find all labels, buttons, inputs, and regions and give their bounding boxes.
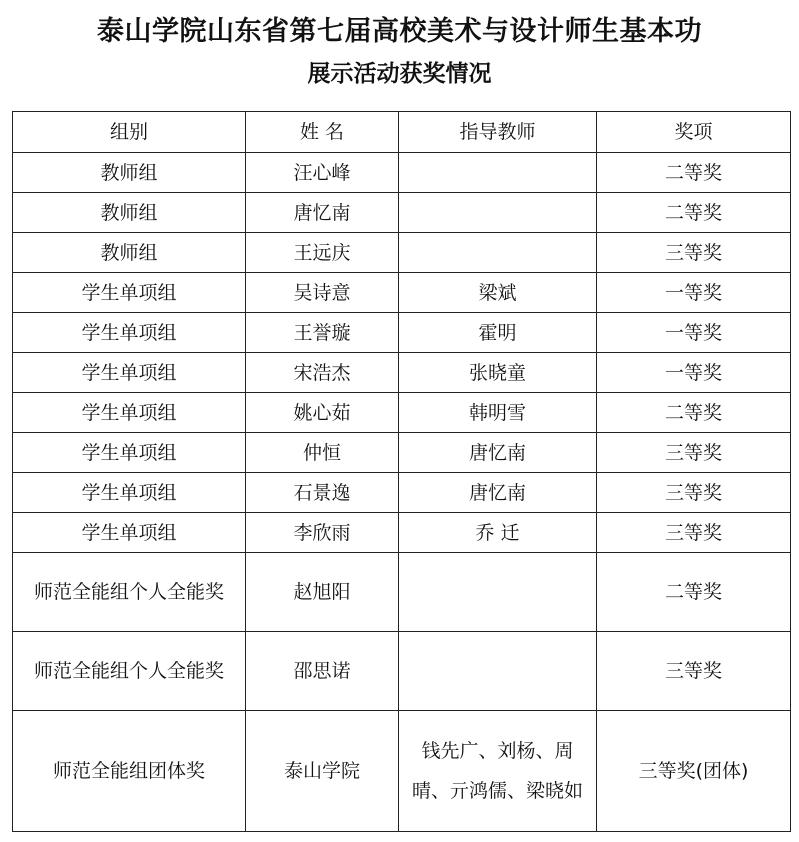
header-award: 奖项 [597, 112, 791, 153]
cell-group: 学生单项组 [13, 313, 246, 353]
cell-award: 三等奖 [597, 513, 791, 553]
document-subtitle: 展示活动获奖情况 [0, 58, 799, 90]
cell-group: 学生单项组 [13, 353, 246, 393]
table-row: 师范全能组团体奖 泰山学院 钱先广、刘杨、周晴、亓鸿儒、梁晓如 三等奖(团体) [13, 711, 791, 832]
cell-award: 三等奖(团体) [597, 711, 791, 832]
cell-group: 教师组 [13, 233, 246, 273]
cell-name: 吴诗意 [246, 273, 399, 313]
cell-name: 赵旭阳 [246, 553, 399, 632]
cell-group: 学生单项组 [13, 473, 246, 513]
table-row: 学生单项组 石景逸 唐忆南 三等奖 [13, 473, 791, 513]
table-row: 学生单项组 王誉璇 霍明 一等奖 [13, 313, 791, 353]
cell-advisor [399, 632, 597, 711]
cell-award: 一等奖 [597, 273, 791, 313]
table-row: 教师组 王远庆 三等奖 [13, 233, 791, 273]
table-row: 师范全能组个人全能奖 邵思诺 三等奖 [13, 632, 791, 711]
cell-advisor [399, 553, 597, 632]
cell-award: 三等奖 [597, 473, 791, 513]
table-row: 师范全能组个人全能奖 赵旭阳 二等奖 [13, 553, 791, 632]
cell-name: 姚心茹 [246, 393, 399, 433]
cell-name: 石景逸 [246, 473, 399, 513]
cell-name: 宋浩杰 [246, 353, 399, 393]
table-row: 学生单项组 李欣雨 乔 迁 三等奖 [13, 513, 791, 553]
cell-advisor: 梁斌 [399, 273, 597, 313]
cell-award: 二等奖 [597, 193, 791, 233]
cell-award: 一等奖 [597, 353, 791, 393]
cell-advisor [399, 153, 597, 193]
cell-group: 教师组 [13, 193, 246, 233]
cell-award: 二等奖 [597, 553, 791, 632]
cell-award: 二等奖 [597, 153, 791, 193]
table-row: 学生单项组 仲恒 唐忆南 三等奖 [13, 433, 791, 473]
cell-name: 唐忆南 [246, 193, 399, 233]
table-row: 学生单项组 姚心茹 韩明雪 二等奖 [13, 393, 791, 433]
cell-advisor [399, 233, 597, 273]
cell-group: 学生单项组 [13, 513, 246, 553]
cell-name: 仲恒 [246, 433, 399, 473]
cell-advisor: 乔 迁 [399, 513, 597, 553]
cell-advisor: 唐忆南 [399, 433, 597, 473]
cell-advisor: 霍明 [399, 313, 597, 353]
table-row: 学生单项组 宋浩杰 张晓童 一等奖 [13, 353, 791, 393]
cell-advisor [399, 193, 597, 233]
cell-name: 李欣雨 [246, 513, 399, 553]
cell-award: 三等奖 [597, 632, 791, 711]
cell-award: 三等奖 [597, 433, 791, 473]
header-name: 姓 名 [246, 112, 399, 153]
cell-advisor: 唐忆南 [399, 473, 597, 513]
cell-name: 泰山学院 [246, 711, 399, 832]
cell-group: 学生单项组 [13, 393, 246, 433]
cell-name: 汪心峰 [246, 153, 399, 193]
cell-advisor: 钱先广、刘杨、周晴、亓鸿儒、梁晓如 [399, 711, 597, 832]
cell-award: 二等奖 [597, 393, 791, 433]
header-advisor: 指导教师 [399, 112, 597, 153]
table-row: 教师组 唐忆南 二等奖 [13, 193, 791, 233]
cell-award: 一等奖 [597, 313, 791, 353]
cell-award: 三等奖 [597, 233, 791, 273]
cell-group: 教师组 [13, 153, 246, 193]
table-row: 教师组 汪心峰 二等奖 [13, 153, 791, 193]
cell-name: 邵思诺 [246, 632, 399, 711]
cell-group: 师范全能组个人全能奖 [13, 553, 246, 632]
cell-group: 师范全能组个人全能奖 [13, 632, 246, 711]
cell-name: 王誉璇 [246, 313, 399, 353]
table-header-row: 组别 姓 名 指导教师 奖项 [13, 112, 791, 153]
awards-table: 组别 姓 名 指导教师 奖项 教师组 汪心峰 二等奖 教师组 唐忆南 二等奖 教… [12, 111, 791, 832]
header-group: 组别 [13, 112, 246, 153]
cell-advisor: 张晓童 [399, 353, 597, 393]
cell-group: 学生单项组 [13, 273, 246, 313]
cell-advisor: 韩明雪 [399, 393, 597, 433]
cell-group: 师范全能组团体奖 [13, 711, 246, 832]
cell-name: 王远庆 [246, 233, 399, 273]
document-title: 泰山学院山东省第七届高校美术与设计师生基本功 [0, 12, 799, 52]
table-row: 学生单项组 吴诗意 梁斌 一等奖 [13, 273, 791, 313]
cell-group: 学生单项组 [13, 433, 246, 473]
